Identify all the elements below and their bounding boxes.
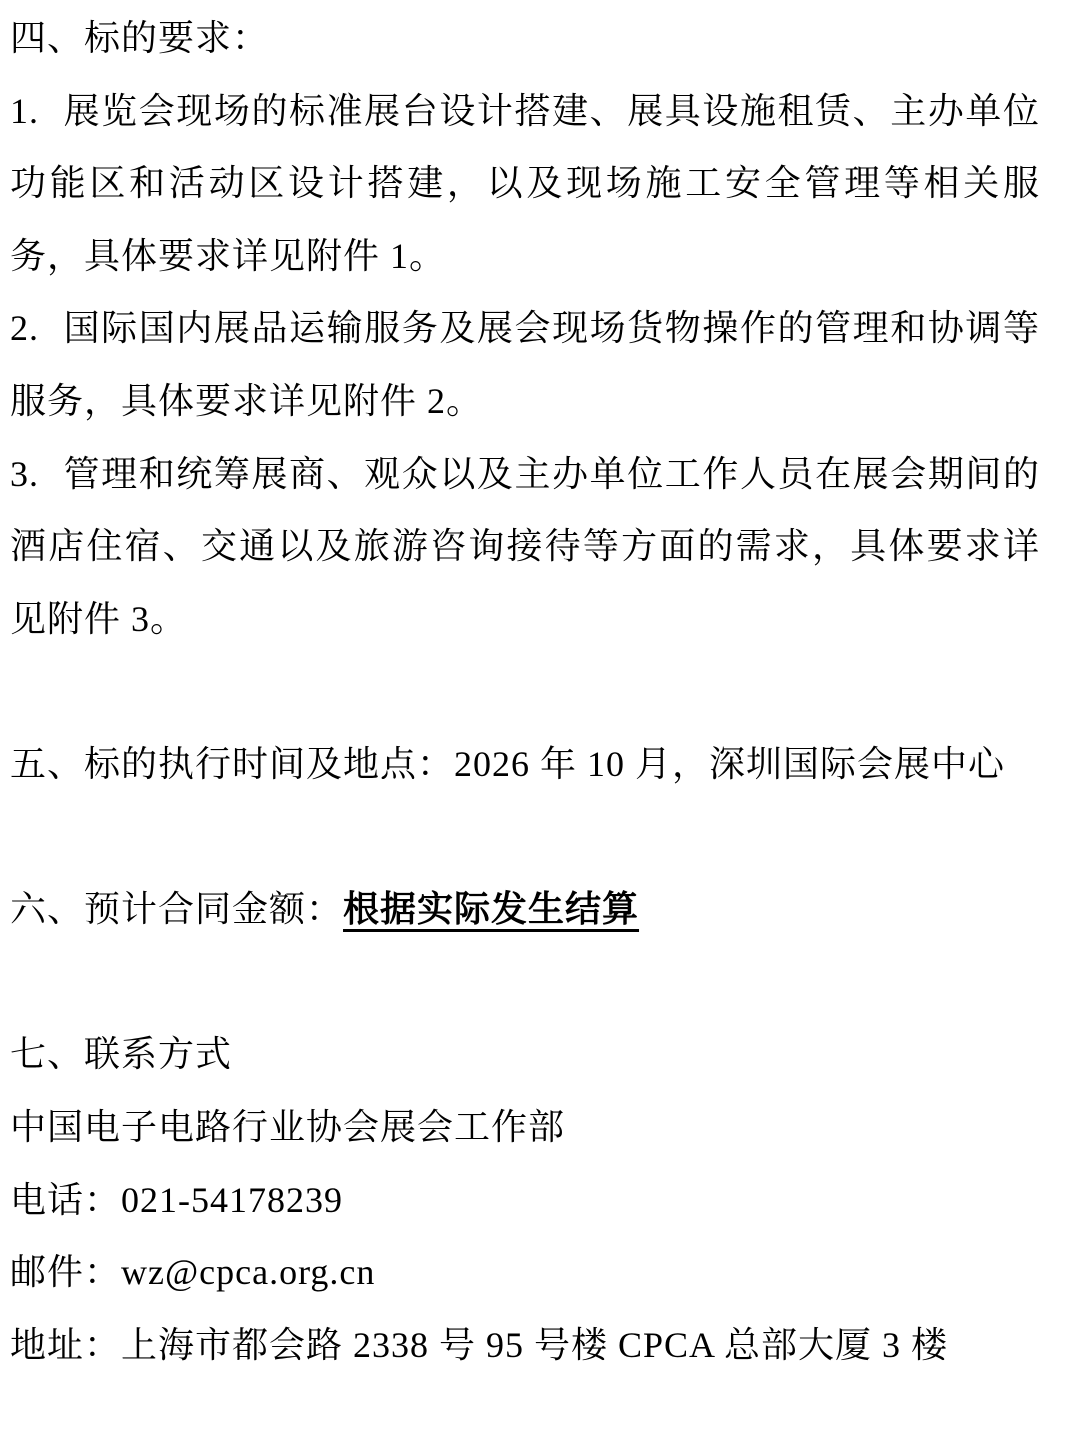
list-item-1-marker: 1.: [10, 91, 63, 131]
document-page: 四、标的要求： 1.展览会现场的标准展台设计搭建、展具设施租赁、主办单位功能区和…: [0, 0, 1080, 1456]
list-item-1-text: 展览会现场的标准展台设计搭建、展具设施租赁、主办单位功能区和活动区设计搭建，以及…: [10, 91, 1040, 276]
list-item-2-text: 国际国内展品运输服务及展会现场货物操作的管理和协调等服务，具体要求详见附件 2。: [10, 308, 1040, 421]
section-4-heading: 四、标的要求：: [10, 2, 1040, 75]
list-item-3-marker: 3.: [10, 454, 63, 494]
section-7-heading: 七、联系方式: [10, 1018, 1040, 1091]
list-item-2: 2.国际国内展品运输服务及展会现场货物操作的管理和协调等服务，具体要求详见附件 …: [10, 292, 1040, 437]
section-6-line: 六、预计合同金额：根据实际发生结算: [10, 873, 1040, 946]
section-5-line: 五、标的执行时间及地点：2026 年 10 月，深圳国际会展中心: [10, 728, 1040, 801]
list-item-1: 1.展览会现场的标准展台设计搭建、展具设施租赁、主办单位功能区和活动区设计搭建，…: [10, 75, 1040, 293]
list-item-2-marker: 2.: [10, 308, 63, 348]
contact-org: 中国电子电路行业协会展会工作部: [10, 1091, 1040, 1164]
blank-line: [10, 946, 1040, 1019]
list-item-3: 3.管理和统筹展商、观众以及主办单位工作人员在展会期间的酒店住宿、交通以及旅游咨…: [10, 438, 1040, 656]
blank-line: [10, 655, 1040, 728]
section-6-label: 六、预计合同金额：: [10, 889, 343, 929]
list-item-3-text: 管理和统筹展商、观众以及主办单位工作人员在展会期间的酒店住宿、交通以及旅游咨询接…: [10, 454, 1040, 639]
contact-address: 地址：上海市都会路 2338 号 95 号楼 CPCA 总部大厦 3 楼: [10, 1309, 1040, 1382]
contact-email: 邮件：wz@cpca.org.cn: [10, 1236, 1040, 1309]
section-6-value: 根据实际发生结算: [343, 889, 639, 929]
contact-phone: 电话：021-54178239: [10, 1164, 1040, 1237]
blank-line: [10, 801, 1040, 874]
